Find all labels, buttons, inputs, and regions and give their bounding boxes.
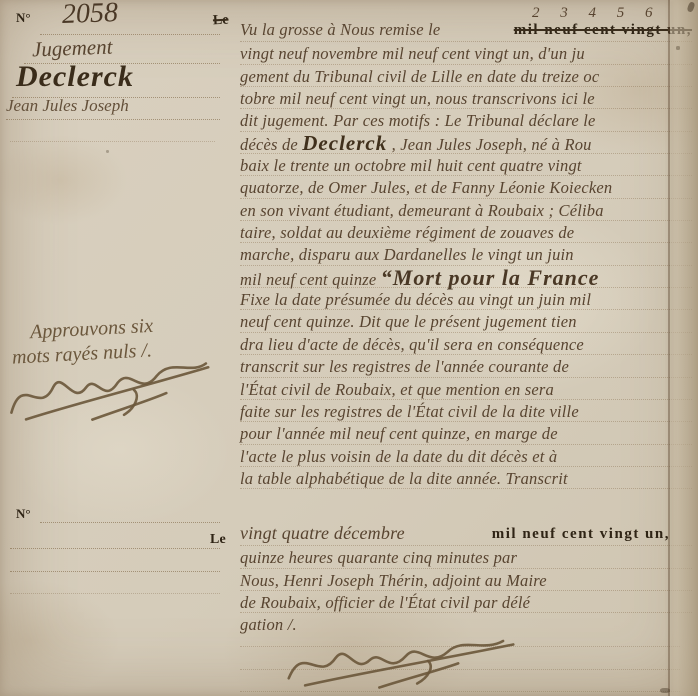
deceased-surname-margin: Declerck — [16, 60, 134, 94]
ink-speck — [106, 150, 109, 153]
deceased-name-line: décès de Declerck , Jean Jules Joseph, n… — [240, 132, 692, 154]
ink-speck — [676, 46, 680, 50]
body-line: baix le trente un octobre mil huit cent … — [240, 154, 692, 176]
judgment-transcription-paragraph: 2 3 4 5 6 Vu la grosse à Nous remise le … — [240, 20, 692, 489]
margin-rule — [40, 33, 220, 35]
body-line: en son vivant étudiant, demeurant à Roub… — [240, 199, 692, 221]
body-line: quatorze, de Omer Jules, et de Fanny Léo… — [240, 176, 692, 198]
body-line: taire, soldat au deuxième régiment de zo… — [240, 221, 692, 243]
closing-printed-year: mil neuf cent vingt un, — [492, 524, 670, 545]
act-number-value: 2058 — [61, 0, 118, 31]
body-line: la table alphabétique de la dite année. … — [240, 467, 692, 489]
act-number-label: N° — [16, 10, 31, 26]
body-line: dra lieu d'acte de décès, qu'il sera en … — [240, 333, 692, 355]
closing-line: quinze heures quarante cinq minutes par — [240, 546, 692, 568]
opening-handwritten-text: Vu la grosse à Nous remise le — [240, 18, 440, 41]
register-scan-page: N° 2058 Jugement Declerck Jean Jules Jos… — [0, 0, 698, 696]
page-fold-line — [668, 0, 670, 696]
body-line: pour l'année mil neuf cent quinze, en ma… — [240, 422, 692, 444]
body-line: Fixe la date présumée du décès au vingt … — [240, 288, 692, 310]
body-line: l'État civil de Roubaix, et que mention … — [240, 378, 692, 400]
closing-paragraph: Le vingt quatre décembre mil neuf cent v… — [240, 524, 692, 636]
body-line: neuf cent quinze. Dit que le présent jug… — [240, 310, 692, 332]
closing-date-handwritten: vingt quatre décembre — [240, 522, 405, 545]
opening-line: Vu la grosse à Nous remise le mil neuf c… — [240, 20, 692, 42]
adjacent-page-edge — [670, 0, 698, 696]
body-line: gement du Tribunal civil de Lille en dat… — [240, 65, 692, 87]
deceased-given-names-margin: Jean Jules Joseph — [6, 96, 129, 116]
deceased-post-text: , Jean Jules Joseph, né à Rou — [392, 135, 592, 154]
deceased-surname-body: Declerck — [302, 131, 387, 155]
body-line: marche, disparu aux Dardanelles le vingt… — [240, 243, 692, 265]
closing-printed-le: Le — [210, 528, 226, 551]
struck-printed-date: mil neuf cent vingt un, — [514, 20, 692, 41]
officer-signature-flourish-icon — [277, 623, 540, 696]
body-line: vingt neuf novembre mil neuf cent vingt … — [240, 42, 692, 64]
struck-printed-le: Le — [213, 13, 229, 30]
closing-line: Nous, Henri Joseph Thérin, adjoint au Ma… — [240, 569, 692, 591]
margin-rule — [10, 592, 220, 594]
ink-speck — [660, 688, 670, 693]
margin-rule — [10, 140, 215, 142]
act-type: Jugement — [32, 35, 113, 63]
body-line: l'acte le plus voisin de la date du dit … — [240, 445, 692, 467]
closing-line: de Roubaix, officier de l'État civil par… — [240, 591, 692, 613]
mort-pour-la-france-mention: “Mort pour la France — [381, 265, 600, 290]
margin-rule — [6, 118, 220, 120]
body-line: transcrit sur les registres de l'année c… — [240, 355, 692, 377]
body-line: tobre mil neuf cent vingt un, nous trans… — [240, 87, 692, 109]
closing-date-line: Le vingt quatre décembre mil neuf cent v… — [240, 524, 692, 546]
body-line: faite sur les registres de l'État civil … — [240, 400, 692, 422]
margin-signature-flourish-icon — [0, 343, 220, 441]
margin-rule — [10, 570, 220, 572]
margin-rule — [10, 547, 220, 549]
margin-rule — [40, 521, 220, 523]
word-order-digits: 2 3 4 5 6 — [532, 5, 653, 22]
secondary-number-label: N° — [16, 506, 31, 522]
deceased-pre-text: décès de — [240, 135, 302, 154]
mort-pour-la-france-line: mil neuf cent quinze “Mort pour la Franc… — [240, 266, 692, 288]
body-line: dit jugement. Par ces motifs : Le Tribun… — [240, 109, 692, 131]
mort-pre-text: mil neuf cent quinze — [240, 270, 381, 289]
